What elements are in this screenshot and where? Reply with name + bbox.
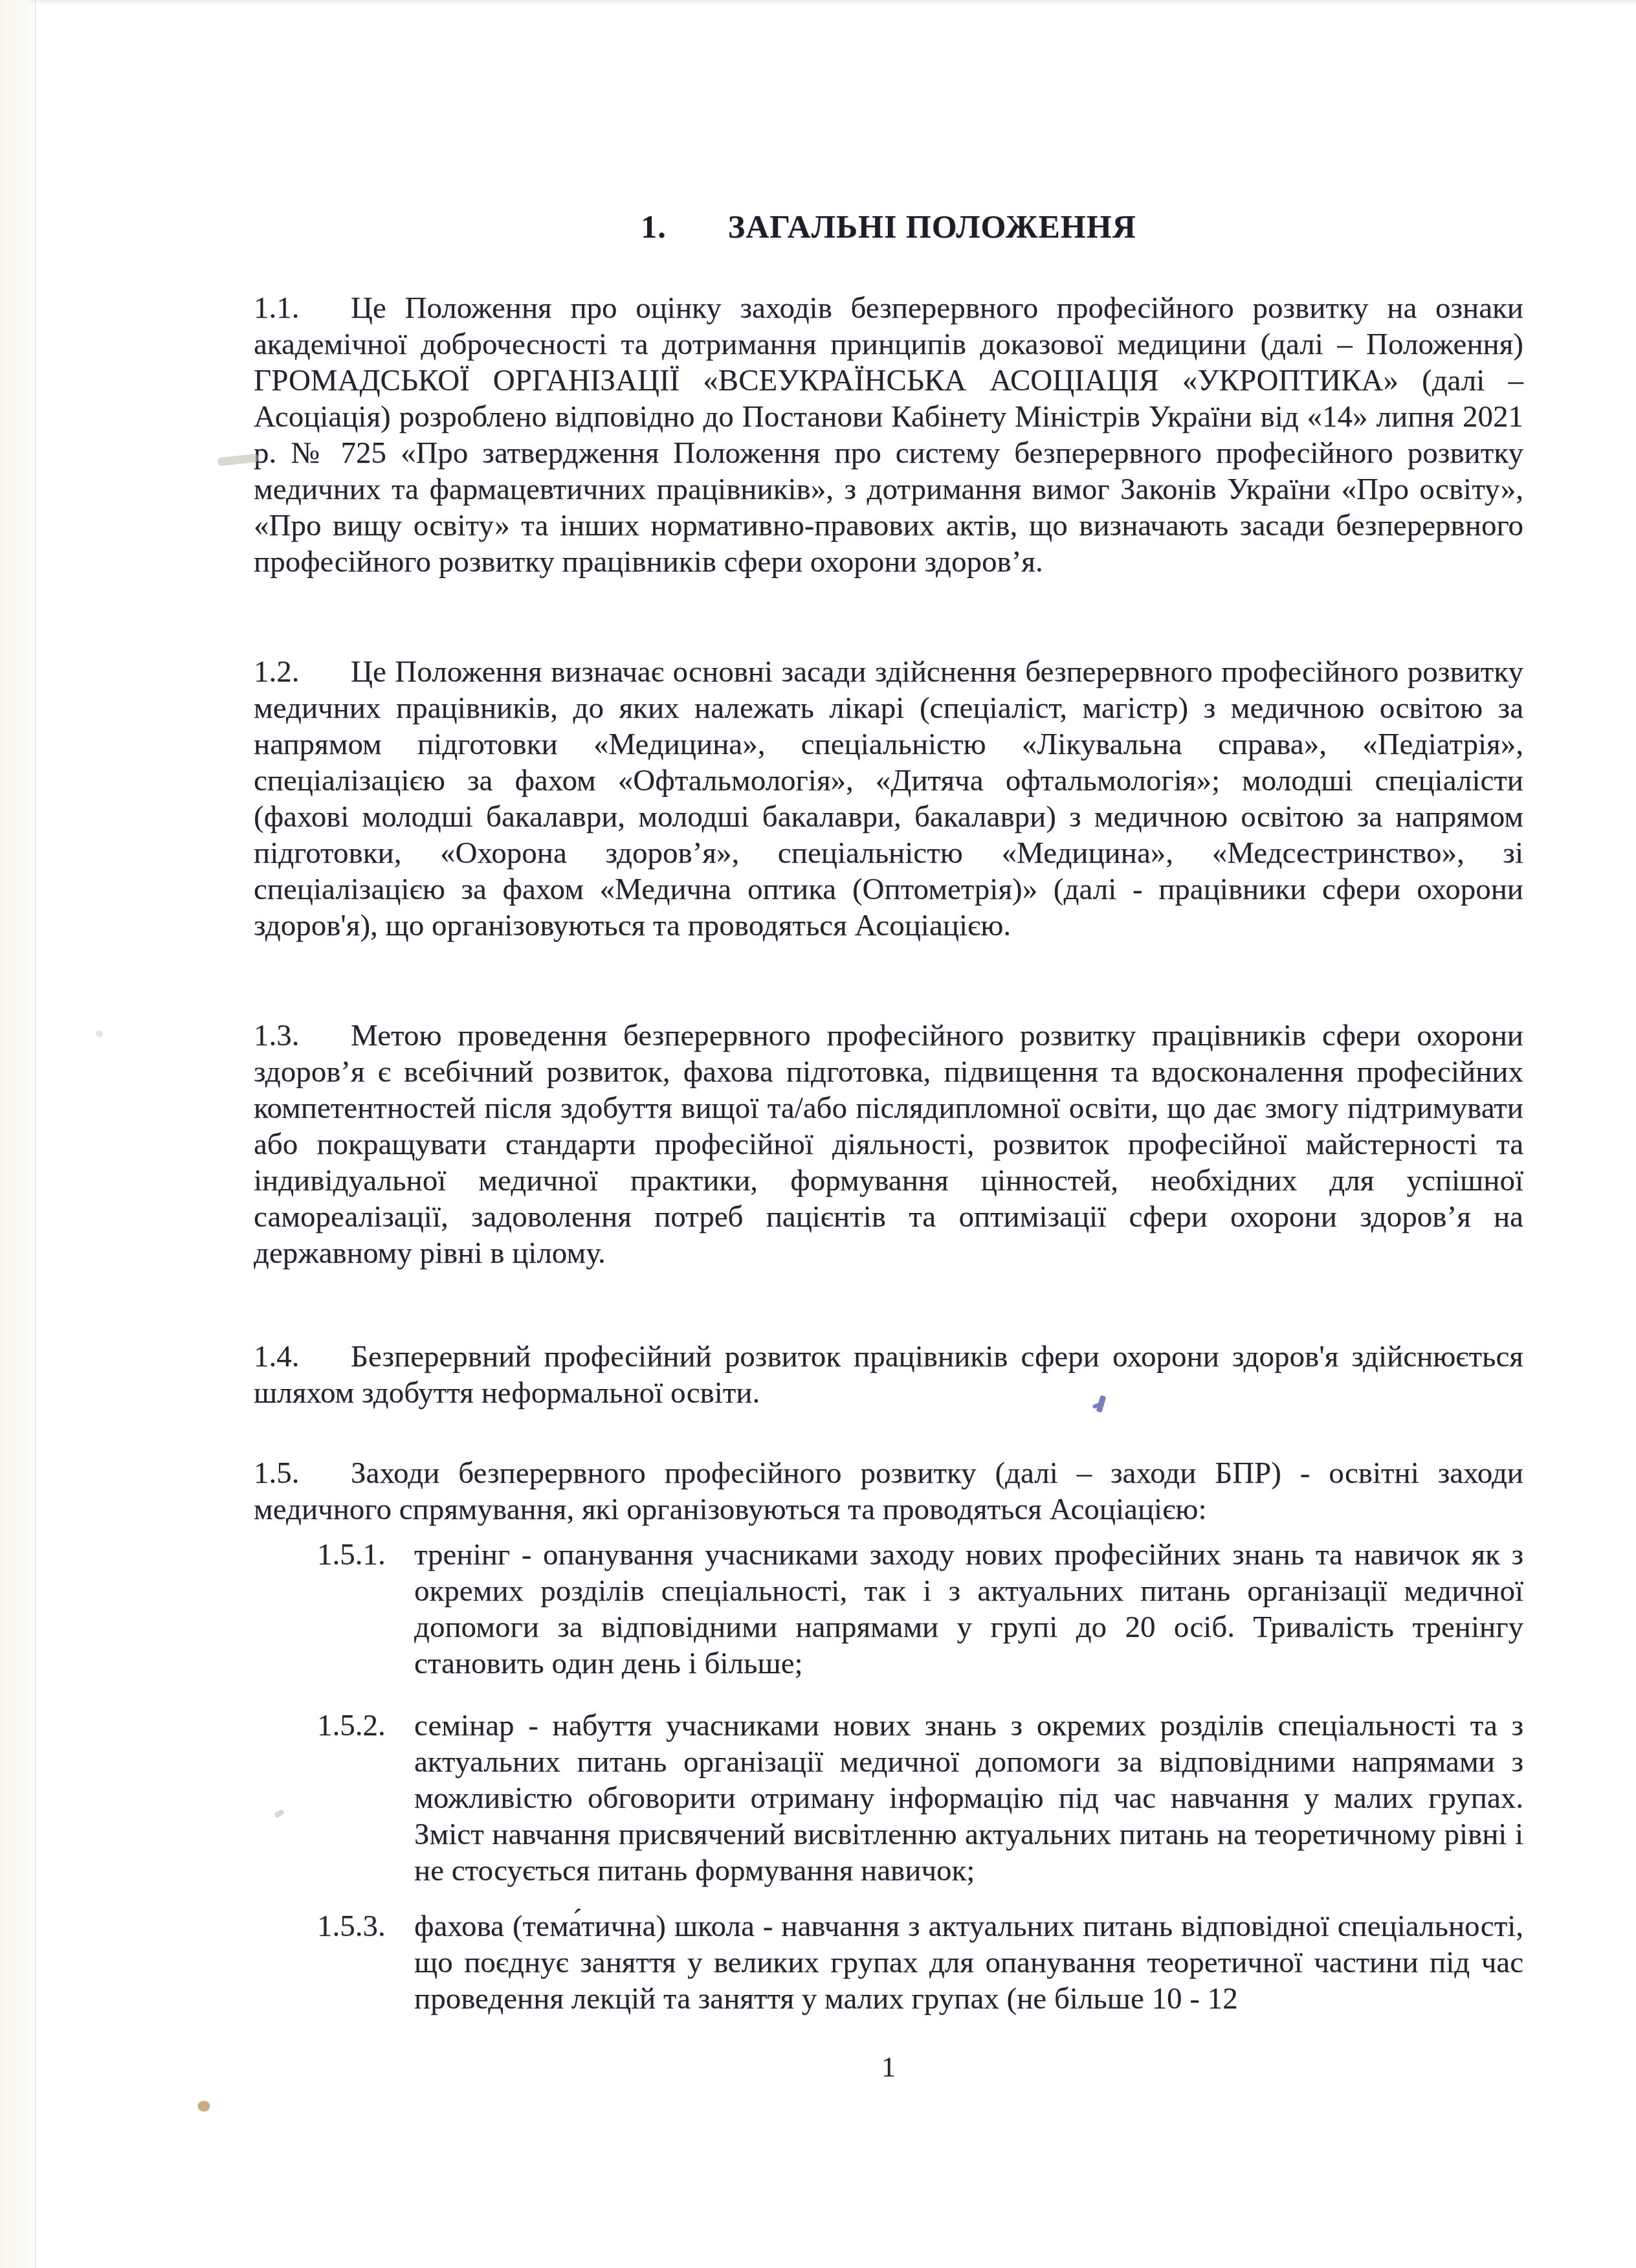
- list-item-1-5-3-text: фахова (тема́тична) школа - навчання з а…: [414, 1909, 1523, 2016]
- paragraph-1-5: 1.5.Заходи безперервного професійного ро…: [254, 1455, 1523, 1528]
- list-item-1-5-1-number: 1.5.1.: [317, 1537, 386, 1573]
- page-number: 1: [254, 2051, 1523, 2084]
- section-heading: 1.ЗАГАЛЬНІ ПОЛОЖЕННЯ: [254, 208, 1523, 245]
- list-item-1-5-2: 1.5.2.семінар - набуття учасниками нових…: [254, 1707, 1523, 1889]
- paragraph-1-3-number: 1.3.: [254, 1017, 351, 1054]
- paragraph-1-1-text: Це Положення про оцінку заходів безперер…: [254, 291, 1523, 579]
- document-body: 1.1.Це Положення про оцінку заходів безп…: [254, 290, 1523, 2084]
- list-item-1-5-3-number: 1.5.3.: [317, 1908, 386, 1944]
- scan-artifact-beige-dot: [198, 2101, 210, 2111]
- paragraph-1-2-number: 1.2.: [254, 654, 351, 690]
- paragraph-1-3: 1.3.Метою проведення безперервного профе…: [254, 1017, 1523, 1271]
- section-heading-text: ЗАГАЛЬНІ ПОЛОЖЕННЯ: [728, 208, 1136, 245]
- paragraph-1-1-number: 1.1.: [254, 290, 351, 326]
- paragraph-1-1: 1.1.Це Положення про оцінку заходів безп…: [254, 290, 1523, 580]
- scan-artifact-smudge: [217, 454, 259, 467]
- paragraph-1-2-text: Це Положення визначає основні засади зді…: [254, 655, 1523, 942]
- paragraph-1-3-text: Метою проведення безперервного професійн…: [254, 1019, 1523, 1270]
- list-item-1-5-2-number: 1.5.2.: [317, 1707, 386, 1744]
- paragraph-1-5-text: Заходи безперервного професійного розвит…: [254, 1456, 1523, 1526]
- scan-left-edge: [0, 0, 36, 2268]
- scanned-document-page: 1.ЗАГАЛЬНІ ПОЛОЖЕННЯ 1.1.Це Положення пр…: [0, 0, 1636, 2268]
- paragraph-1-2: 1.2.Це Положення визначає основні засади…: [254, 654, 1523, 944]
- section-heading-number: 1.: [641, 208, 667, 245]
- list-item-1-5-1: 1.5.1.тренінг - опанування учасниками за…: [254, 1537, 1523, 1682]
- scan-artifact-faint-dot: [96, 1030, 103, 1037]
- list-item-1-5-3: 1.5.3.фахова (тема́тична) школа - навчан…: [254, 1908, 1523, 2017]
- text-column: 1.ЗАГАЛЬНІ ПОЛОЖЕННЯ 1.1.Це Положення пр…: [254, 0, 1523, 2084]
- paragraph-1-4: 1.4.Безперервний професійний розвиток пр…: [254, 1339, 1523, 1411]
- paragraph-1-5-number: 1.5.: [254, 1455, 351, 1491]
- list-item-1-5-1-text: тренінг - опанування учасниками заходу н…: [414, 1538, 1523, 1680]
- list-item-1-5-2-text: семінар - набуття учасниками нових знань…: [414, 1709, 1523, 1887]
- paragraph-1-4-number: 1.4.: [254, 1339, 351, 1375]
- paragraph-1-4-text: Безперервний професійний розвиток праців…: [254, 1340, 1523, 1410]
